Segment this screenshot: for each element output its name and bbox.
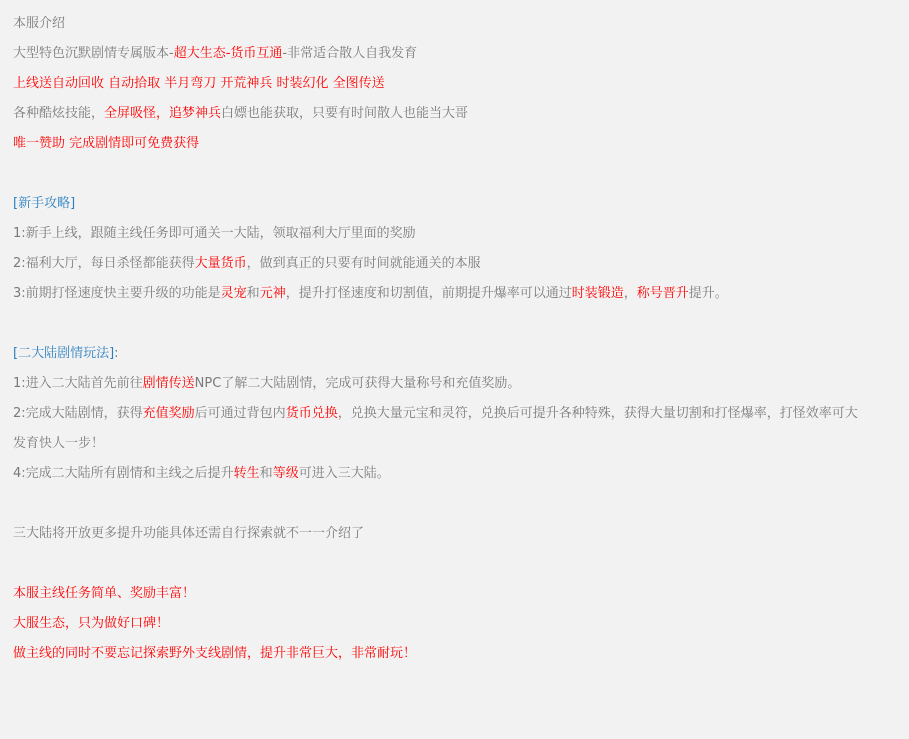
second-continent-item-2-e: ，兑换大量元宝和灵符，兑换后可提升各种特殊，获得大量切割和打怪爆率，打怪效率可大 — [338, 406, 858, 421]
second-continent-item-1-a: 1:进入二大陆首先前往 — [13, 376, 143, 391]
highlight-recharge-reward: 充值奖励 — [143, 406, 195, 421]
highlight-title-promotion: 称号晋升 — [637, 286, 689, 301]
intro-line-skills-c: 白嫖也能获取，只要有时间散人也能当大哥 — [221, 106, 468, 121]
intro-line-version: 大型特色沉默剧情专属版本-超大生态-货币互通-非常适合散人自我发育 — [13, 44, 417, 64]
intro-line-features: 上线送自动回收 自动拾取 半月弯刀 开荒神兵 时装幻化 全图传送 — [13, 74, 385, 94]
intro-line-skills-a: 各种酷炫技能， — [13, 106, 104, 121]
highlight-costume-forge: 时装锻造 — [572, 286, 624, 301]
beginner-guide-item-2-highlight: 大量货币 — [195, 256, 247, 271]
beginner-guide-item-3-g: ， — [624, 286, 637, 301]
second-continent-item-2-a: 2:完成大陆剧情，获得 — [13, 406, 143, 421]
highlight-rebirth: 转生 — [234, 466, 260, 481]
beginner-guide-item-1: 1:新手上线，跟随主线任务即可通关一大陆，领取福利大厅里面的奖励 — [13, 224, 416, 244]
intro-line-skills: 各种酷炫技能，全屏吸怪，追梦神兵白嫖也能获取，只要有时间散人也能当大哥 — [13, 104, 468, 124]
closing-line-2: 大服生态，只为做好口碑！ — [13, 614, 169, 634]
second-continent-item-4-e: 可进入三大陆。 — [299, 466, 390, 481]
second-continent-item-2: 2:完成大陆剧情，获得充值奖励后可通过背包内货币兑换，兑换大量元宝和灵符，兑换后… — [13, 404, 858, 424]
beginner-guide-heading: [新手攻略] — [13, 194, 75, 214]
second-continent-item-4-a: 4:完成二大陆所有剧情和主线之后提升 — [13, 466, 234, 481]
intro-line-sponsor: 唯一赞助 完成剧情即可免费获得 — [13, 134, 199, 154]
beginner-guide-item-3-a: 3:前期打怪速度快主要升级的功能是 — [13, 286, 221, 301]
second-continent-item-4-c: 和 — [260, 466, 273, 481]
beginner-guide-item-3: 3:前期打怪速度快主要升级的功能是灵宠和元神，提升打怪速度和切割值，前期提升爆率… — [13, 284, 728, 304]
third-continent-text: 三大陆将开放更多提升功能具体还需自行探索就不一一介绍了 — [13, 524, 364, 544]
beginner-guide-item-2: 2:福利大厅，每日杀怪都能获得大量货币，做到真正的只要有时间就能通关的本服 — [13, 254, 481, 274]
closing-line-3: 做主线的同时不要忘记探索野外支线剧情，提升非常巨大，非常耐玩！ — [13, 644, 416, 664]
second-continent-item-2-continued: 发育快人一步！ — [13, 434, 104, 454]
highlight-story-teleport: 剧情传送 — [143, 376, 195, 391]
second-continent-item-2-c: 后可通过背包内 — [195, 406, 286, 421]
intro-line-version-a: 大型特色沉默剧情专属版本- — [13, 46, 174, 61]
highlight-primordial-spirit: 元神 — [260, 286, 286, 301]
intro-title: 本服介绍 — [13, 14, 65, 34]
intro-line-version-highlight: 超大生态-货币互通 — [174, 46, 283, 61]
second-continent-heading-text: [二大陆剧情玩法] — [13, 346, 114, 361]
server-intro-page: 本服介绍 大型特色沉默剧情专属版本-超大生态-货币互通-非常适合散人自我发育 上… — [0, 0, 909, 739]
intro-line-version-c: -非常适合散人自我发育 — [282, 46, 417, 61]
second-continent-heading: [二大陆剧情玩法]: — [13, 344, 119, 364]
highlight-level: 等级 — [273, 466, 299, 481]
second-continent-heading-colon: : — [114, 346, 118, 361]
beginner-guide-item-3-e: ，提升打怪速度和切割值，前期提升爆率可以通过 — [286, 286, 572, 301]
second-continent-item-4: 4:完成二大陆所有剧情和主线之后提升转生和等级可进入三大陆。 — [13, 464, 390, 484]
second-continent-item-1-c: NPC了解二大陆剧情，完成可获得大量称号和充值奖励。 — [195, 376, 521, 391]
second-continent-item-1: 1:进入二大陆首先前往剧情传送NPC了解二大陆剧情，完成可获得大量称号和充值奖励… — [13, 374, 520, 394]
beginner-guide-item-3-c: 和 — [247, 286, 260, 301]
highlight-currency-exchange: 货币兑换 — [286, 406, 338, 421]
closing-line-1: 本服主线任务简单、奖励丰富！ — [13, 584, 195, 604]
beginner-guide-item-2-c: ，做到真正的只要有时间就能通关的本服 — [247, 256, 481, 271]
beginner-guide-item-2-a: 2:福利大厅，每日杀怪都能获得 — [13, 256, 195, 271]
beginner-guide-item-3-i: 提升。 — [689, 286, 728, 301]
intro-line-skills-highlight: 全屏吸怪，追梦神兵 — [104, 106, 221, 121]
highlight-spirit-pet: 灵宠 — [221, 286, 247, 301]
